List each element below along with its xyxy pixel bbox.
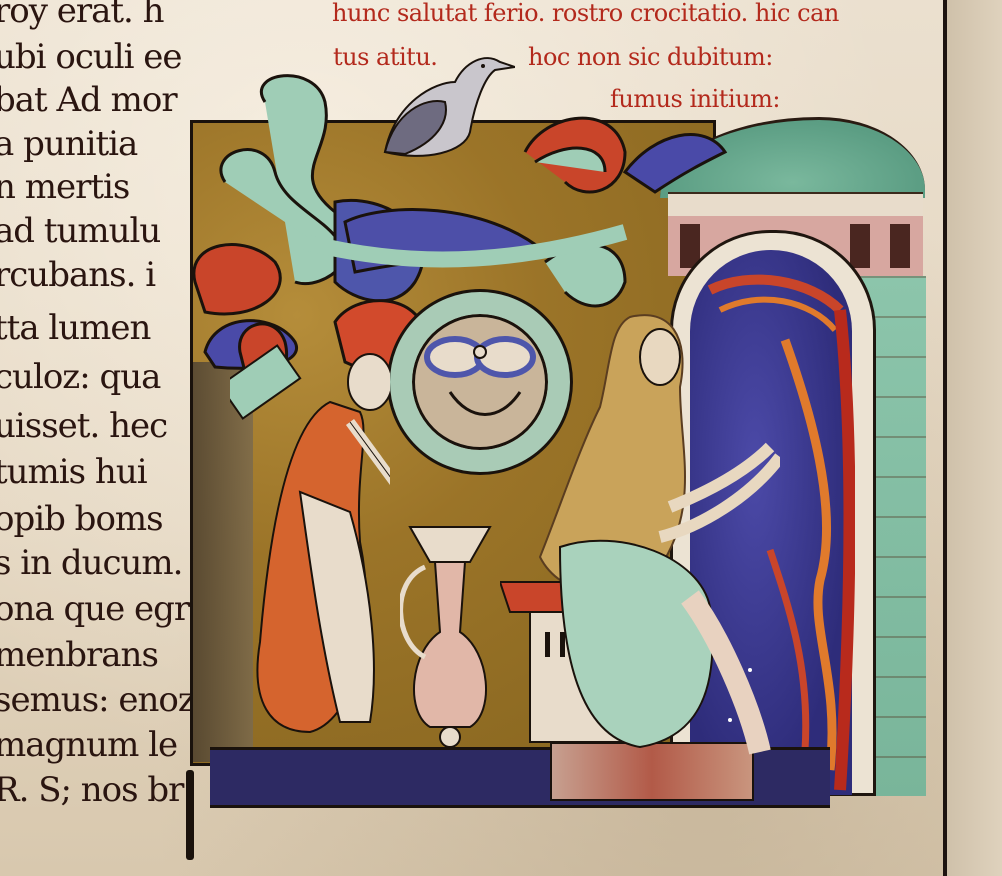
text-line: ona que egr — [0, 592, 189, 626]
text-line: semus: enoz — [0, 683, 195, 717]
text-line: rcubans. i — [0, 258, 155, 292]
text-line: n mertis — [0, 170, 129, 204]
text-line: R. S; nos br — [0, 773, 183, 807]
rubric-line: hunc salutat ferio. rostro crocitatio. h… — [332, 0, 839, 26]
hairy-seated-figure-icon — [520, 307, 780, 767]
frieze-window — [890, 224, 910, 268]
text-line: menbrans — [0, 638, 158, 672]
text-line: ubi oculi ee — [0, 40, 182, 74]
text-line: uisset. hec — [0, 409, 167, 443]
manuscript-page: roy erat. h ubi oculi ee bat Ad mor a pu… — [0, 0, 1002, 876]
text-line: culoz: qua — [0, 360, 160, 394]
historiated-miniature — [190, 112, 925, 802]
woman-figure-icon — [230, 342, 390, 742]
ewer-vessel-icon — [400, 522, 500, 747]
text-line: s in ducum. — [0, 546, 182, 580]
text-line: bat Ad mor — [0, 83, 177, 117]
text-line: magnum le — [0, 728, 177, 762]
text-line: opib boms — [0, 502, 163, 536]
page-gutter-line — [943, 0, 947, 876]
adjacent-page-edge — [947, 0, 1002, 876]
text-line: a punitia — [0, 127, 137, 161]
text-line: tta lumen — [0, 311, 150, 345]
text-line: ad tumulu — [0, 214, 160, 248]
frame-ink-drip — [186, 770, 194, 860]
raven-icon — [365, 42, 515, 172]
text-line: tumis hui — [0, 455, 147, 489]
text-line: roy erat. h — [0, 0, 164, 28]
